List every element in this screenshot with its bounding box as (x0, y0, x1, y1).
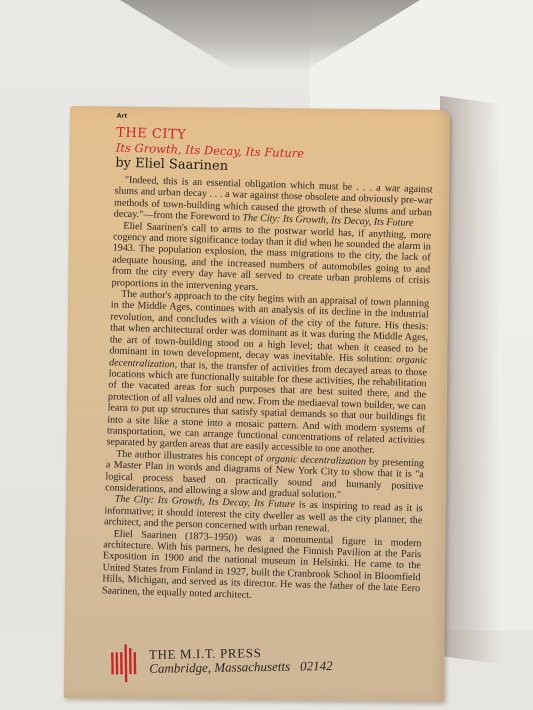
book-back-cover: Art THE CITY Its Growth, Its Decay, Its … (64, 106, 450, 702)
publisher-zip: 02142 (300, 658, 333, 674)
blurb-paragraph-author-bio: Eliel Saarinen (1873–1950) was a monumen… (102, 528, 422, 606)
publisher-imprint: THE M.I.T. PRESS Cambridge, Massachusett… (111, 639, 333, 682)
cover-text-block: Art THE CITY Its Growth, Its Decay, Its … (102, 112, 435, 606)
blurb-paragraph-context: Eliel Saarinen's call to arms to the pos… (111, 220, 431, 298)
publisher-city: Cambridge, Massachusetts (149, 659, 290, 676)
blurb-body: "Indeed, this is an essential obligation… (102, 174, 433, 606)
mit-press-logo-icon (111, 642, 138, 682)
blurb-paragraph-approach: The author's approach to the city begins… (106, 288, 429, 458)
